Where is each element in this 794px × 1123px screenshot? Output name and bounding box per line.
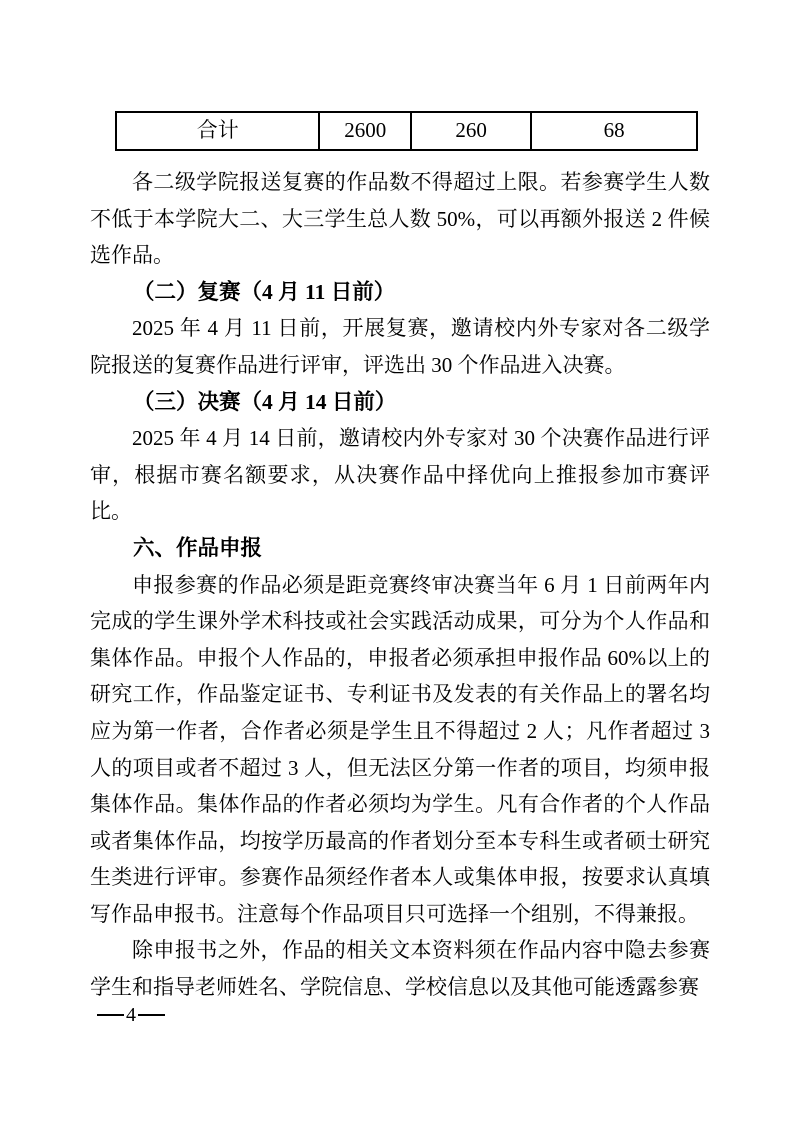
heading-semifinal: （二）复赛（4 月 11 日前） xyxy=(90,274,710,311)
heading-section-six: 六、作品申报 xyxy=(90,530,710,567)
table-cell-total-quota: 68 xyxy=(530,113,696,149)
heading-final: （三）决赛（4 月 14 日前） xyxy=(90,384,710,421)
paragraph-submission-limit: 各二级学院报送复赛的作品数不得超过上限。若参赛学生人数不低于本学院大二、大三学生… xyxy=(90,164,710,274)
paragraph-declaration-rules: 申报参赛的作品必须是距竞赛终审决赛当年 6 月 1 日前两年内完成的学生课外学术… xyxy=(90,567,710,933)
table-cell-total-participants: 2600 xyxy=(318,113,409,149)
document-body: 合计 2600 260 68 各二级学院报送复赛的作品数不得超过上限。若参赛学生… xyxy=(90,111,710,1006)
paragraph-final: 2025 年 4 月 14 日前，邀请校内外专家对 30 个决赛作品进行评审，根… xyxy=(90,420,710,530)
table-cell-total-works: 260 xyxy=(410,113,530,149)
page-number-dash-right xyxy=(138,1014,165,1016)
page-number-value: 4 xyxy=(124,1004,138,1027)
paragraph-semifinal: 2025 年 4 月 11 日前，开展复赛，邀请校内外专家对各二级学院报送的复赛… xyxy=(90,310,710,383)
page-number: 4 xyxy=(97,1000,165,1030)
table-cell-total-label: 合计 xyxy=(117,113,318,149)
page-number-dash-left xyxy=(97,1014,124,1016)
quota-summary-table: 合计 2600 260 68 xyxy=(115,111,698,151)
document-page: 合计 2600 260 68 各二级学院报送复赛的作品数不得超过上限。若参赛学生… xyxy=(0,0,794,1123)
paragraph-anonymity-materials: 除申报书之外，作品的相关文本资料须在作品内容中隐去参赛学生和指导老师姓名、学院信… xyxy=(90,932,710,1005)
